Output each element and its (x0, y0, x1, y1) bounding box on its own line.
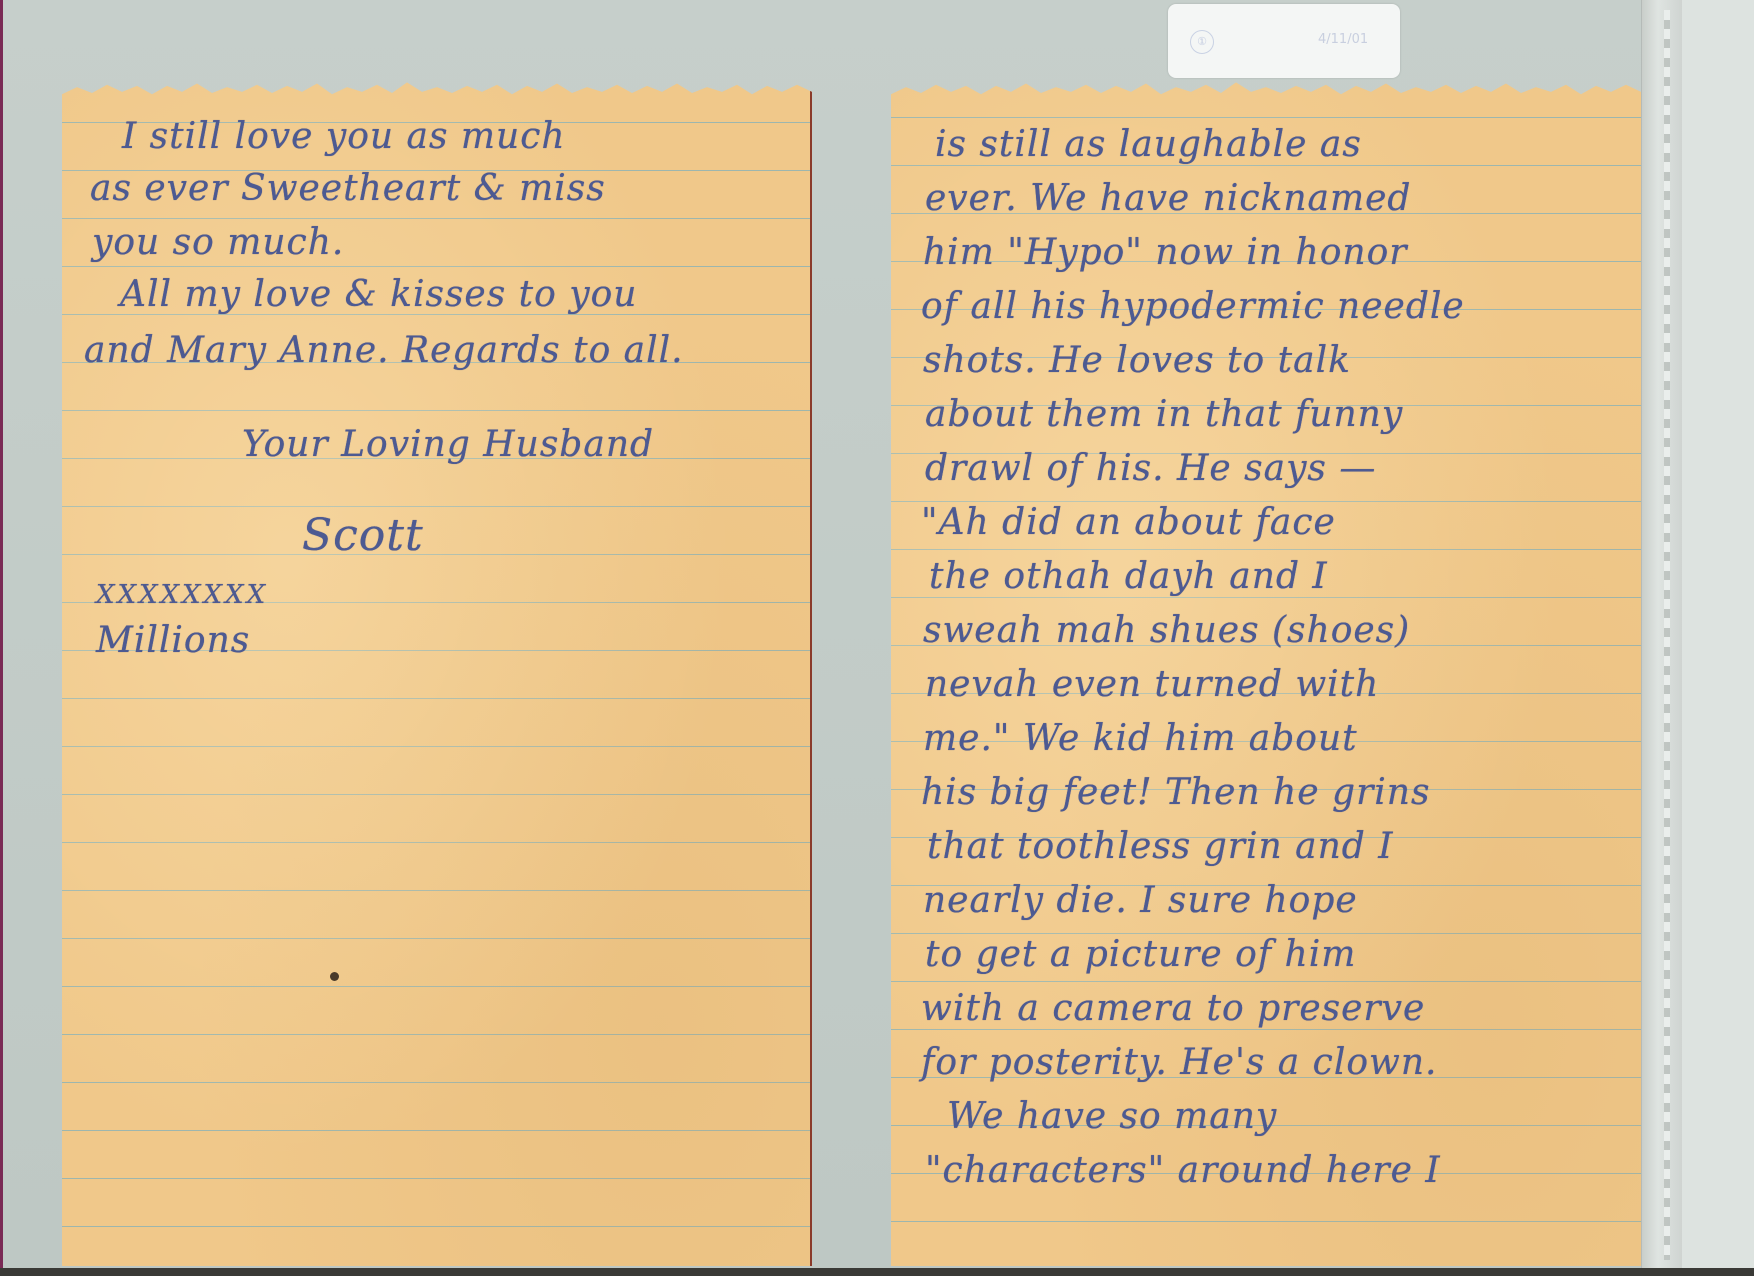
letter-closing: Your Loving Husband (242, 424, 654, 465)
letter-line: of all his hypodermic needle (921, 286, 1465, 327)
letter-line: as ever Sweetheart & miss (90, 168, 606, 209)
letter-line: nevah even turned with (925, 664, 1379, 705)
letter-line: nearly die. I sure hope (923, 880, 1358, 921)
protective-sleeve (1682, 0, 1754, 1270)
letter-line: his big feet! Then he grins (921, 772, 1430, 813)
letter-kisses-note: Millions (96, 620, 250, 661)
letter-line: with a camera to preserve (921, 988, 1425, 1029)
scan-edge (0, 0, 3, 1276)
letter-line: the othah dayh and I (929, 556, 1328, 597)
letter-line: me." We kid him about (923, 718, 1358, 759)
letter-line: to get a picture of him (925, 934, 1356, 975)
letter-line: shots. He loves to talk (923, 340, 1351, 381)
sleeve-perforation (1664, 10, 1670, 1260)
letter-line: drawl of his. He says — (925, 448, 1376, 489)
letter-line: We have so many (947, 1096, 1277, 1137)
protective-sleeve-edge (1641, 0, 1683, 1270)
letter-line: and Mary Anne. Regards to all. (84, 330, 684, 371)
scanner-bed-edge (0, 1268, 1754, 1276)
label-date: 4/11/01 (1318, 32, 1368, 47)
letter-signature: Scott (302, 510, 424, 561)
letter-line: you so much. (92, 222, 344, 263)
archive-label-tab: ① 4/11/01 (1168, 4, 1400, 78)
letter-line: about them in that funny (925, 394, 1403, 435)
letter-page-left: I still love you as much as ever Sweethe… (62, 80, 812, 1266)
letter-line: for posterity. He's a clown. (921, 1042, 1437, 1083)
letter-page-right: is still as laughable as ever. We have n… (891, 80, 1641, 1266)
letter-line: him "Hypo" now in honor (923, 232, 1407, 273)
letter-line: is still as laughable as (935, 124, 1362, 165)
letter-line: All my love & kisses to you (120, 274, 637, 315)
letter-line: "Ah did an about face (921, 502, 1336, 543)
letter-line: ever. We have nicknamed (925, 178, 1411, 219)
letter-line: I still love you as much (122, 116, 566, 157)
letter-line: that toothless grin and I (927, 826, 1393, 867)
ink-spot (330, 972, 339, 981)
letter-kisses: XXXXXXXX (96, 580, 268, 610)
letter-line: sweah mah shues (shoes) (923, 610, 1410, 651)
letter-line: "characters" around here I (925, 1150, 1441, 1191)
label-number-mark: ① (1190, 30, 1214, 54)
